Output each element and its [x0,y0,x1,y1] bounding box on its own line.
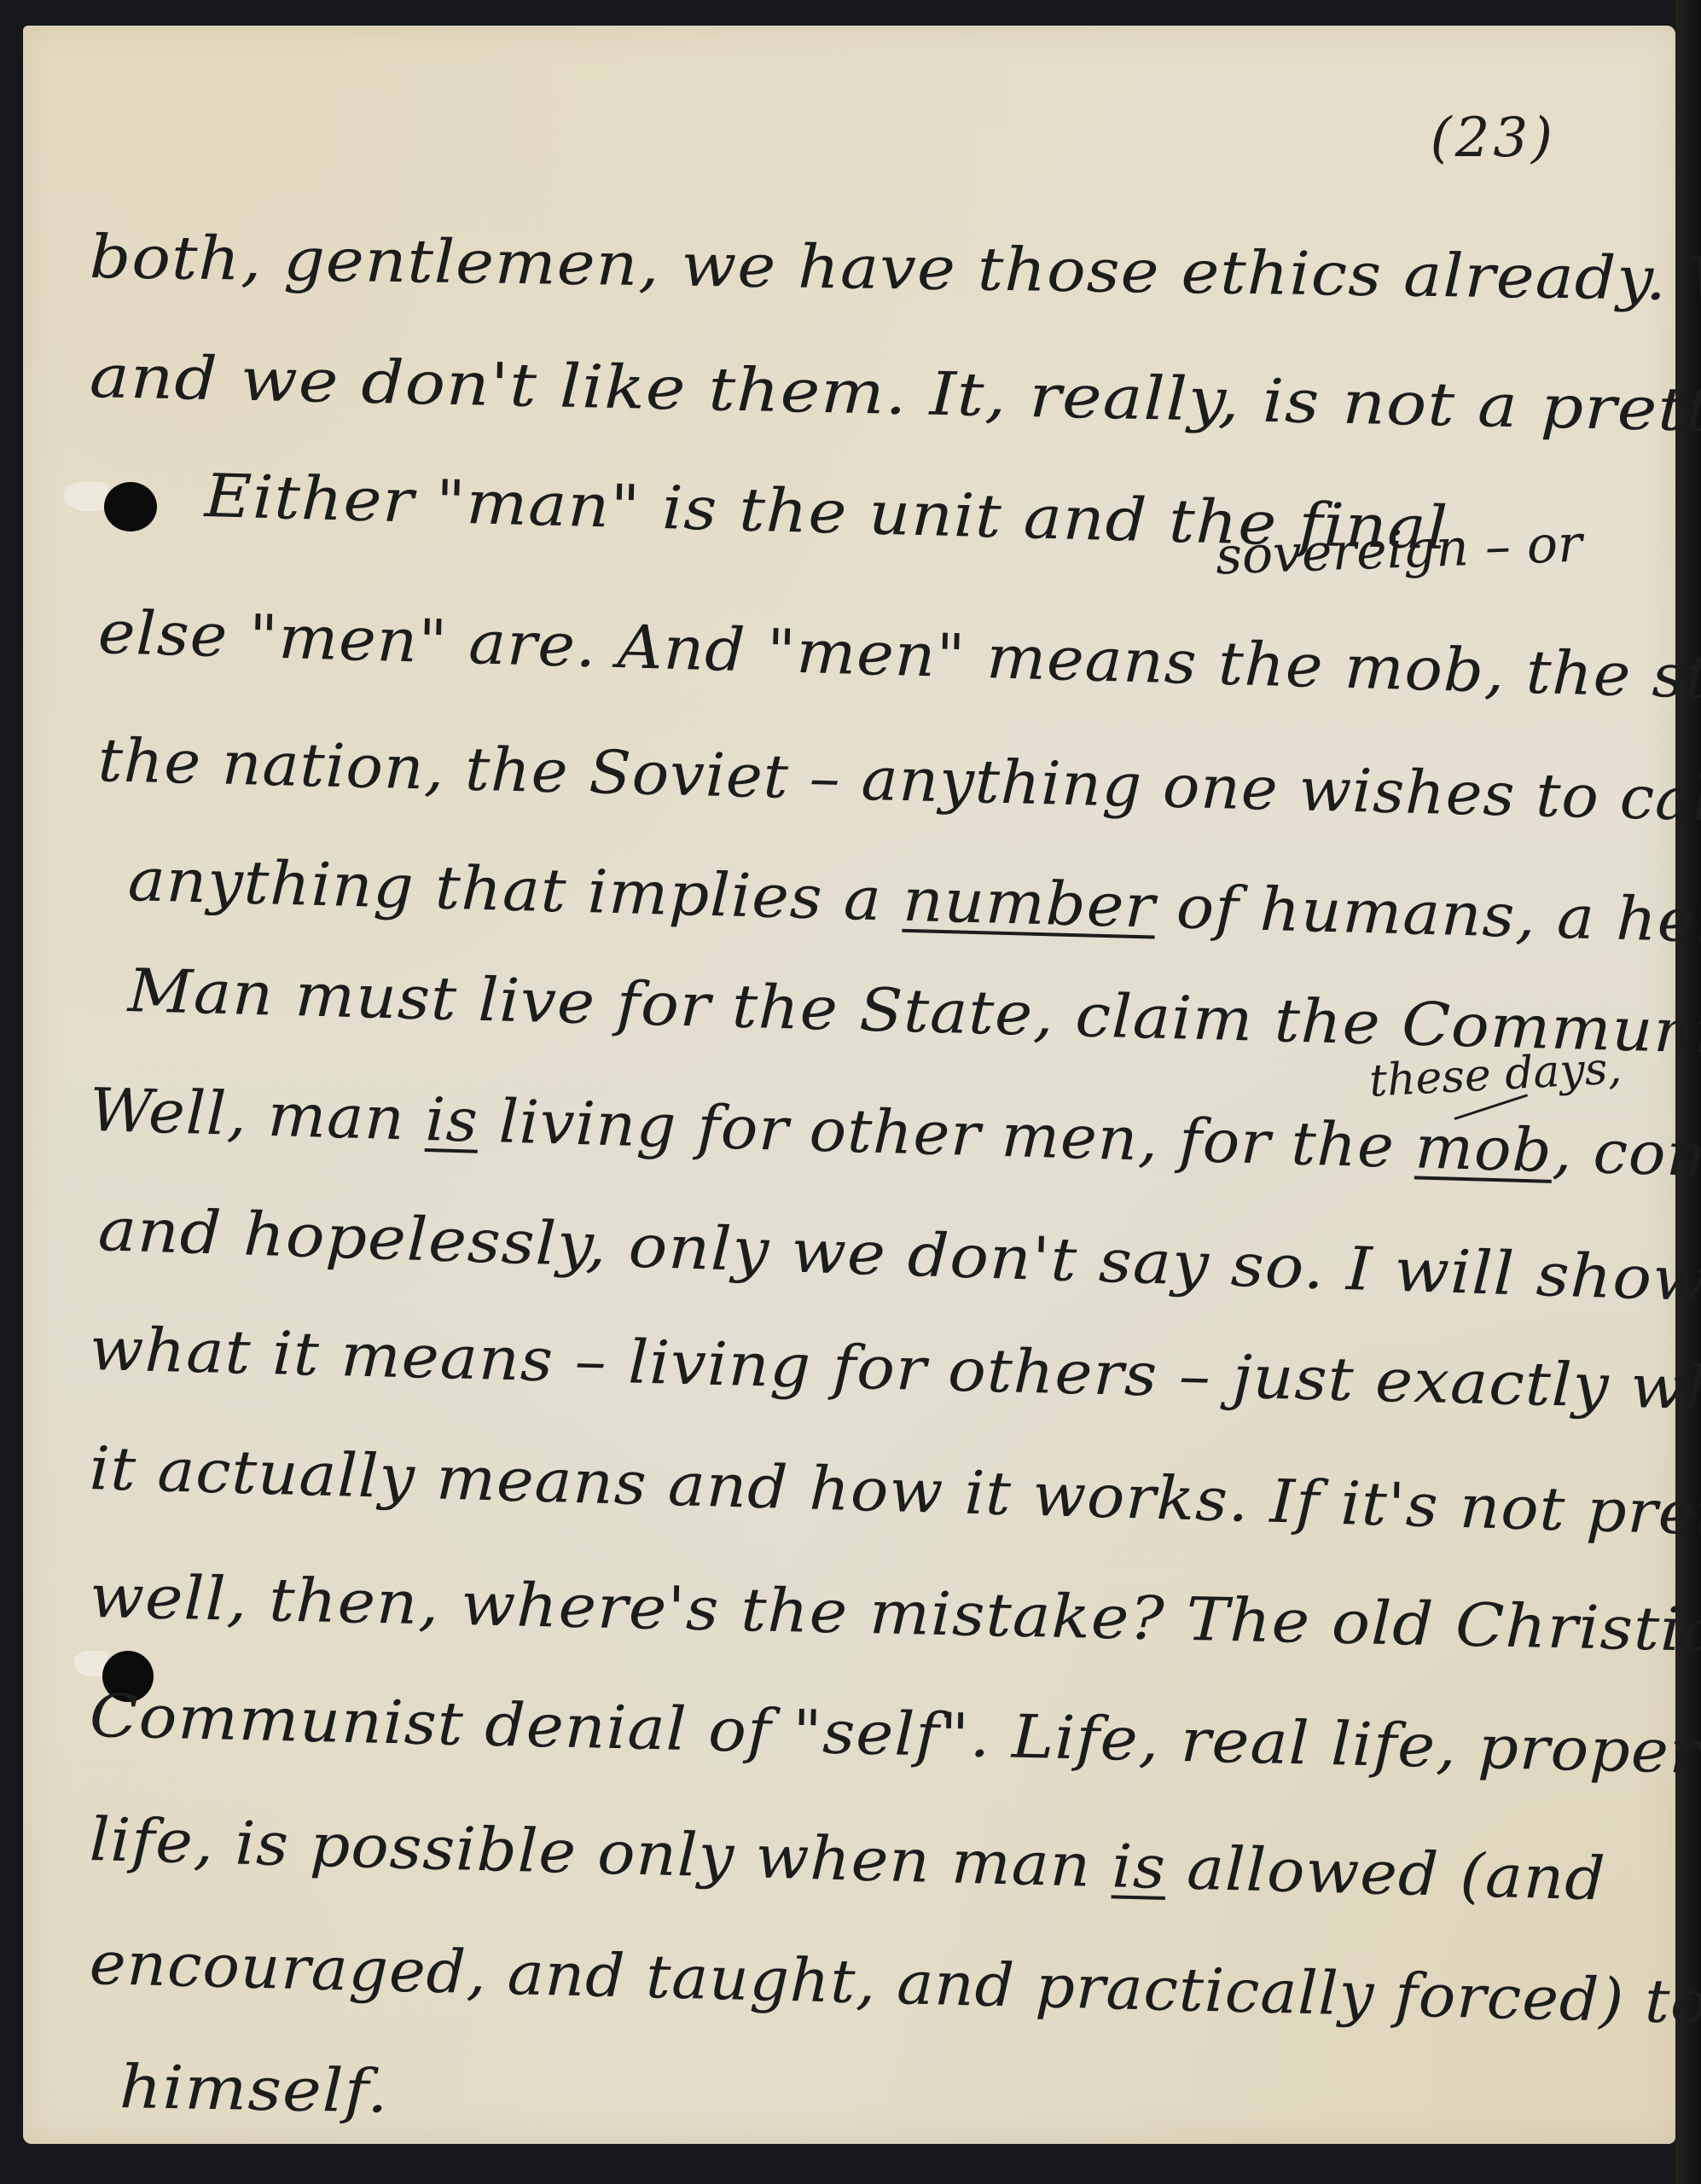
line-8-text-c: , completely [1552,1116,1701,1197]
manuscript-line-10: what it means – living for others – just… [89,1314,1701,1426]
line-14-text-b: allowed (and [1165,1833,1607,1914]
manuscript-line-16: himself. [119,2052,389,2127]
underlined-word-is-2: is [1111,1831,1166,1902]
line-8-text-a: Well, man [89,1075,427,1154]
manuscript-line-15: encouraged, and taught, and practically … [89,1928,1701,2043]
manuscript-line-5: the nation, the Soviet – anything one wi… [97,725,1701,837]
manuscript-page: (23) both, gentlemen, we have those ethi… [23,26,1675,2144]
underlined-word-number: number [902,865,1156,942]
page-number: (23) [1431,107,1556,170]
line-8-text-b: living for other men, for the [478,1086,1416,1182]
manuscript-line-9: and hopelessly, only we don't say so. I … [97,1194,1701,1315]
line-6-text-a: anything that implies a [127,845,903,935]
punch-hole-tear-top [64,482,108,511]
line-14-text-a: life, is possible only when man [89,1804,1113,1901]
insertion-sovereign: sovereign – or [1215,514,1583,587]
underlined-word-mob: mob [1414,1112,1553,1185]
manuscript-line-12: well, then, where's the mistake? The old… [89,1561,1701,1667]
manuscript-line-11: it actually means and how it works. If i… [89,1433,1701,1552]
punch-hole-top [104,482,157,531]
manuscript-line-1: both, gentlemen, we have those ethics al… [89,222,1701,321]
manuscript-line-2: and we don't like them. It, really, is n… [89,341,1701,452]
manuscript-line-6: anything that implies a number of humans… [127,845,1701,958]
manuscript-line-14: life, is possible only when man is allow… [89,1804,1607,1914]
manuscript-line-13: Communist denial of "self". Life, real l… [89,1681,1701,1787]
scanner-frame-edge [1675,0,1701,2184]
manuscript-line-4: else "men" are. And "men" means the mob,… [97,597,1701,716]
underlined-word-is: is [425,1084,479,1156]
line-6-text-b: of humans, a herd. [1155,872,1701,958]
